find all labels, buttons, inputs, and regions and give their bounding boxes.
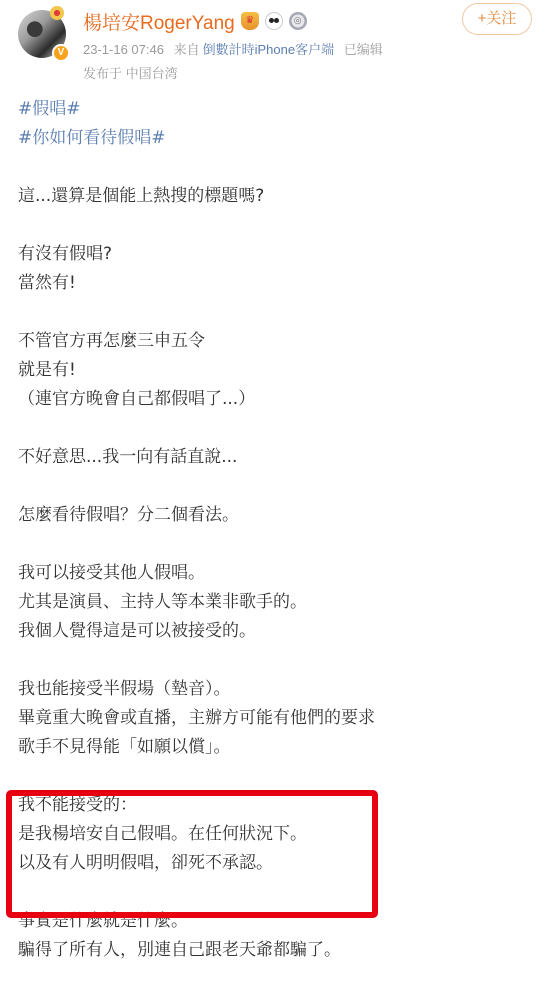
- edited-label[interactable]: 已编辑: [344, 42, 383, 57]
- text-line: 我也能接受半假場（墊音）。: [18, 675, 528, 704]
- avatar-container[interactable]: V: [18, 6, 70, 58]
- verified-icon: V: [52, 44, 70, 62]
- text-line: 不好意思...我一向有話直說...: [18, 443, 528, 472]
- text-line: 不管官方再怎麼三申五令: [18, 327, 528, 356]
- paragraph-gap: [18, 530, 528, 559]
- hashtag-link[interactable]: #你如何看待假唱#: [18, 124, 528, 153]
- paragraph-gap: [18, 646, 528, 675]
- text-line: 當然有!: [18, 269, 528, 298]
- text-line: 我可以接受其他人假唱。: [18, 559, 528, 588]
- follow-button[interactable]: +关注: [462, 3, 532, 35]
- highlighted-text-line: 我不能接受的：: [18, 791, 528, 820]
- text-line: 騙得了所有人，別連自己跟老天爺都騙了。: [18, 936, 528, 965]
- crown-badge-icon[interactable]: ♛: [241, 12, 259, 30]
- post-location: 发布于 中国台湾: [83, 63, 178, 82]
- avatar-pendant-icon: [50, 6, 64, 20]
- panda-badge-icon[interactable]: [265, 12, 283, 30]
- hashtag-link[interactable]: #假唱#: [18, 95, 528, 124]
- post-meta: 23-1-16 07:46 来自倒數計時iPhone客户端 已编辑: [83, 39, 389, 58]
- paragraph-gap: [18, 762, 528, 791]
- highlighted-text-line: 是我楊培安自己假唱。在任何狀況下。: [18, 820, 528, 849]
- text-line: 有沒有假唱?: [18, 240, 528, 269]
- paragraph-gap: [18, 414, 528, 443]
- text-line: 這...還算是個能上熱搜的標題嗎?: [18, 182, 528, 211]
- text-line: 就是有!: [18, 356, 528, 385]
- post-timestamp: 23-1-16 07:46: [83, 42, 164, 57]
- highlighted-text-line: 以及有人明明假唱，卻死不承認。: [18, 849, 528, 878]
- paragraph-gap: [18, 298, 528, 327]
- source-link[interactable]: 倒數計時iPhone客户端: [203, 42, 334, 57]
- post-content: #假唱# #你如何看待假唱# 這...還算是個能上熱搜的標題嗎? 有沒有假唱? …: [18, 95, 528, 965]
- username-row: 楊培安RogerYang ♛ ◎: [83, 8, 307, 34]
- paragraph-gap: [18, 211, 528, 240]
- text-line: 事實是什麼就是什麼。: [18, 907, 528, 936]
- weibo-post: V 楊培安RogerYang ♛ ◎ 23-1-16 07:46 来自倒數計時i…: [0, 0, 548, 1000]
- paragraph-gap: [18, 153, 528, 182]
- text-line: 我個人覺得這是可以被接受的。: [18, 617, 528, 646]
- text-line: 尤其是演員、主持人等本業非歌手的。: [18, 588, 528, 617]
- text-line: （連官方晚會自己都假唱了...）: [18, 385, 528, 414]
- source-prefix: 来自: [174, 42, 200, 57]
- text-line: 畢竟重大晚會或直播，主辦方可能有他們的要求: [18, 704, 528, 733]
- paragraph-gap: [18, 878, 528, 907]
- username[interactable]: 楊培安RogerYang: [83, 8, 235, 35]
- text-line: 怎麼看待假唱？分二個看法。: [18, 501, 528, 530]
- medal-badge-icon[interactable]: ◎: [289, 12, 307, 30]
- text-line: 歌手不見得能「如願以償」。: [18, 733, 528, 762]
- paragraph-gap: [18, 472, 528, 501]
